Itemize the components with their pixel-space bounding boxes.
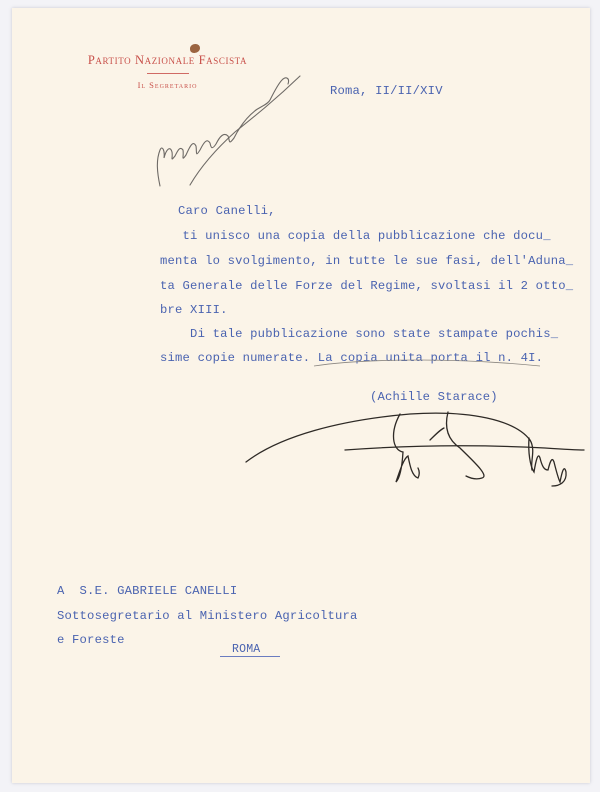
place-date: Roma, II/II/XIV <box>330 84 443 98</box>
recipient-line: Sottosegretario al Ministero Agricoltura <box>57 609 358 623</box>
body-line: bre XIII. <box>160 303 228 317</box>
salutation: Caro Canelli, <box>178 204 276 218</box>
letterhead-party-name: Partito Nazionale Fascista <box>50 53 285 68</box>
letterhead: Partito Nazionale Fascista Il Segretario <box>50 53 285 90</box>
body-line: Di tale pubblicazione sono state stampat… <box>160 327 558 341</box>
letterhead-role: Il Segretario <box>50 80 285 90</box>
recipient-line: A S.E. GABRIELE CANELLI <box>57 584 237 598</box>
recipient-line: e Foreste <box>57 633 125 647</box>
body-line: sime copie numerate. La copia unita port… <box>160 351 543 365</box>
body-line: ti unisco una copia della pubblicazione … <box>160 229 551 243</box>
closing-name: (Achille Starace) <box>370 390 498 404</box>
body-line: ta Generale delle Forze del Regime, svol… <box>160 279 573 293</box>
letterhead-divider <box>147 73 189 74</box>
recipient-city: ROMA <box>220 643 280 657</box>
letter-sheet <box>12 8 590 783</box>
body-line: menta lo svolgimento, in tutte le sue fa… <box>160 254 573 268</box>
